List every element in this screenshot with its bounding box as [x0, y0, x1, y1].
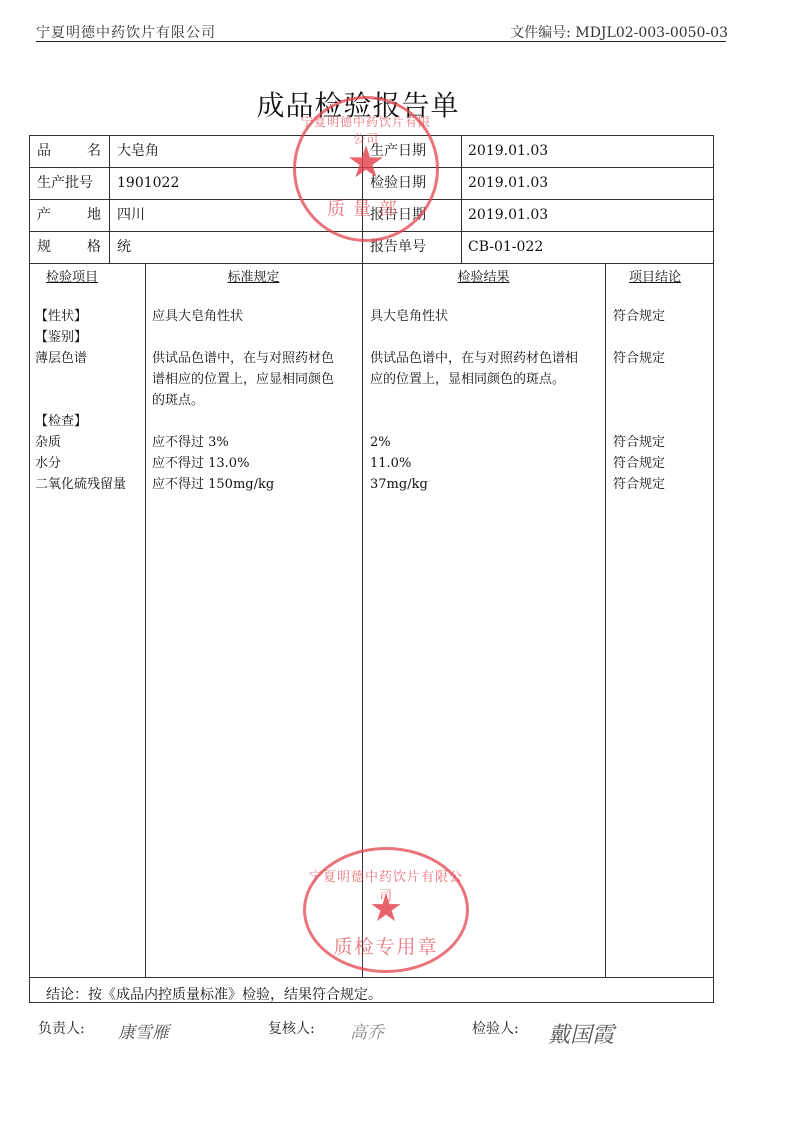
col-divider	[461, 135, 462, 263]
col-divider	[109, 135, 110, 263]
item-item: 薄层色谱	[35, 348, 87, 369]
info-value: 2019.01.03	[468, 205, 548, 225]
col-header-conclusion: 项目结论	[605, 266, 705, 285]
info-label: 报告单号	[370, 237, 426, 257]
company-name: 宁夏明德中药饮片有限公司	[36, 22, 216, 40]
item-result: 供试品色谱中，在与对照药材色谱相应的位置上，显相同颜色的斑点。	[370, 348, 578, 390]
item-item: 二氧化硫残留量	[35, 474, 126, 495]
item-conclusion: 符合规定	[613, 306, 665, 327]
info-value: 2019.01.03	[468, 173, 548, 193]
info-value: 四川	[117, 205, 145, 225]
reviewer-label: 复核人:	[268, 1018, 315, 1038]
info-value: 2019.01.03	[468, 141, 548, 161]
info-label: 规格	[37, 237, 101, 257]
row-divider	[29, 167, 714, 168]
item-standard: 应不得过 13.0%	[152, 453, 249, 474]
inspector-signature: 戴国霞	[548, 1018, 614, 1049]
col-divider	[605, 263, 606, 977]
item-conclusion: 符合规定	[613, 453, 665, 474]
info-label: 品名	[37, 141, 101, 161]
col-divider	[362, 135, 363, 977]
final-conclusion: 结论：按《成品内控质量标准》检验，结果符合规定。	[46, 984, 382, 1004]
inspector-label: 检验人:	[472, 1018, 519, 1038]
col-divider	[145, 263, 146, 977]
info-value: 大皂角	[117, 141, 159, 161]
col-header-standard: 标准规定	[145, 266, 362, 285]
item-conclusion: 符合规定	[613, 474, 665, 495]
page-title: 成品检验报告单	[0, 84, 716, 124]
info-value: 统	[117, 237, 131, 257]
item-result: 11.0%	[370, 453, 411, 474]
col-header-result: 检验结果	[362, 266, 605, 285]
responsible-signature: 康雪雁	[118, 1018, 169, 1043]
item-result: 37mg/kg	[370, 474, 428, 495]
item-result: 2%	[370, 432, 391, 453]
info-label: 生产日期	[370, 141, 426, 161]
item-conclusion: 符合规定	[613, 432, 665, 453]
info-label: 报告日期	[370, 205, 426, 225]
info-label: 生产批号	[37, 173, 93, 193]
item-item: 【性状】	[35, 306, 87, 327]
item-item: 杂质	[35, 432, 61, 453]
info-value: CB-01-022	[468, 237, 543, 257]
item-standard: 供试品色谱中，在与对照药材色谱相应的位置上，应显相同颜色的斑点。	[152, 348, 334, 411]
responsible-label: 负责人:	[38, 1018, 85, 1038]
info-value: 1901022	[117, 173, 179, 193]
col-header-item: 检验项目	[29, 266, 115, 285]
item-standard: 应不得过 3%	[152, 432, 229, 453]
info-label: 产地	[37, 205, 101, 225]
item-item: 水分	[35, 453, 61, 474]
document-number: 文件编号: MDJL02-003-0050-03	[510, 22, 728, 40]
item-standard: 应具大皂角性状	[152, 306, 243, 327]
page-header: 宁夏明德中药饮片有限公司 文件编号: MDJL02-003-0050-03	[0, 0, 800, 40]
header-divider	[36, 41, 726, 42]
row-divider	[29, 263, 714, 264]
item-item: 【检查】	[35, 411, 87, 432]
info-label: 检验日期	[370, 173, 426, 193]
reviewer-signature: 高乔	[350, 1018, 384, 1043]
item-standard: 应不得过 150mg/kg	[152, 474, 274, 495]
item-item: 【鉴别】	[35, 327, 87, 348]
row-divider	[29, 977, 714, 978]
item-conclusion: 符合规定	[613, 348, 665, 369]
row-divider	[29, 231, 714, 232]
item-result: 具大皂角性状	[370, 306, 448, 327]
row-divider	[29, 199, 714, 200]
